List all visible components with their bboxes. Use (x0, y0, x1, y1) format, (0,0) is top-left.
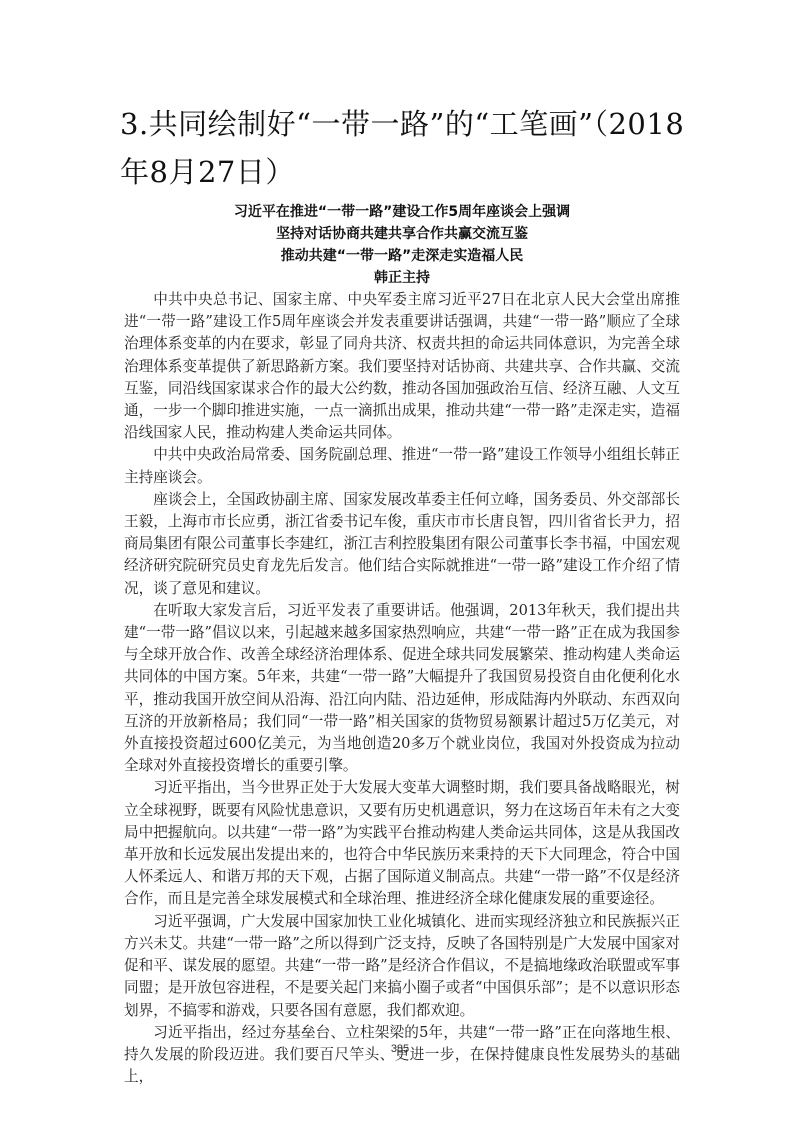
paragraph-6: 习近平强调，广大发展中国家加快工业化城镇化、进而实现经济独立和民族振兴正方兴未艾… (124, 911, 680, 1022)
paragraph-1: 中共中央总书记、国家主席、中央军委主席习近平27日在北京人民大会堂出席推进“一带… (124, 289, 680, 444)
paragraph-7: 习近平指出，经过夯基垒台、立柱架梁的5年，共建“一带一路”正在向落地生根、持久发… (124, 1022, 680, 1089)
page-number: 385 (0, 1043, 800, 1055)
paragraph-5: 习近平指出，当今世界正处于大发展大变革大调整时期，我们要具备战略眼光，树立全球视… (124, 777, 680, 910)
paragraph-4: 在听取大家发言后，习近平发表了重要讲话。他强调，2013年秋天，我们提出共建“一… (124, 600, 680, 778)
article-body: 中共中央总书记、国家主席、中央军委主席习近平27日在北京人民大会堂出席推进“一带… (124, 289, 680, 1088)
paragraph-2: 中共中央政治局常委、国务院副总理、推进“一带一路”建设工作领导小组组长韩正主持座… (124, 444, 680, 488)
headline-byline: 韩正主持 (124, 267, 680, 289)
headline-line-3: 推动共建“一带一路”走深走实造福人民 (124, 245, 680, 267)
news-headline: 习近平在推进“一带一路”建设工作5周年座谈会上强调 坚持对话协商共建共享合作共赢… (124, 201, 680, 289)
headline-line-2: 坚持对话协商共建共享合作共赢交流互鉴 (124, 223, 680, 245)
section-title: 3.共同绘制好“一带一路”的“工笔画”（2018年8月27日） (120, 100, 690, 196)
paragraph-3: 座谈会上，全国政协副主席、国家发展改革委主任何立峰，国务委员、外交部部长王毅，上… (124, 489, 680, 600)
headline-line-1: 习近平在推进“一带一路”建设工作5周年座谈会上强调 (124, 201, 680, 223)
